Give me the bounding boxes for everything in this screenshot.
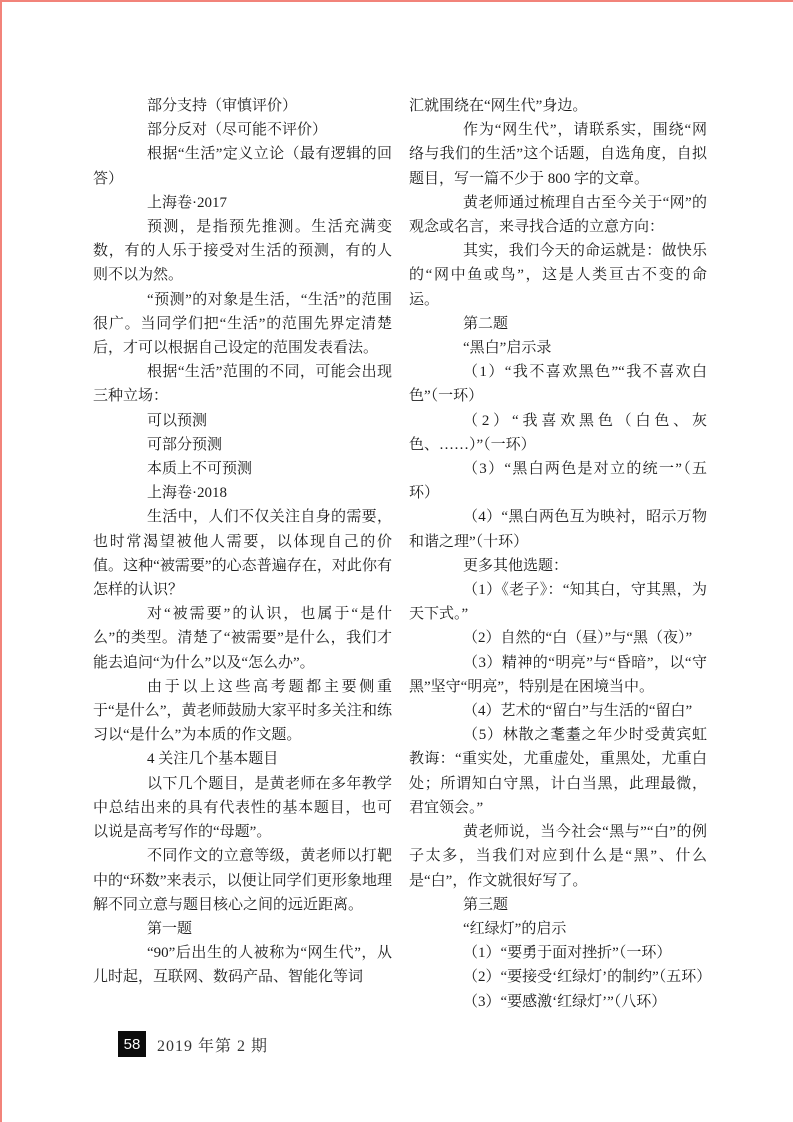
paragraph: （2）“我喜欢黑色（白色、灰色、……）”（一环） <box>409 409 707 457</box>
paragraph: “黑白”启示录 <box>409 336 707 360</box>
paragraph: 汇就围绕在“网生代”身边。 <box>409 94 707 118</box>
page-top-border <box>0 0 793 2</box>
paragraph: （3）精神的“明亮”与“昏暗”，以“守黑”坚守“明亮”，特别是在困境当中。 <box>409 651 707 699</box>
paragraph: “红绿灯”的启示 <box>409 917 707 941</box>
paragraph: （1）“我不喜欢黑色”“我不喜欢白色”（一环） <box>409 360 707 408</box>
paragraph: （2）“要接受‘红绿灯’的制约”（五环） <box>409 965 707 989</box>
paragraph: 预测，是指预先推测。生活充满变数，有的人乐于接受对生活的预测，有的人则不以为然。 <box>93 215 392 288</box>
paragraph: 可以预测 <box>93 409 392 433</box>
paragraph: （5）林散之耄耋之年少时受黄宾虹教诲：“重实处，尤重虚处，重黑处，尤重白处；所谓… <box>409 723 707 820</box>
issue-label: 2019 年第 2 期 <box>157 1033 268 1056</box>
paragraph: 作为“网生代”，请联系实，围绕“网络与我们的生活”这个话题，自选角度，自拟题目，… <box>409 118 707 191</box>
paragraph: “预测”的对象是生活，“生活”的范围很广。当同学们把“生活”的范围先界定清楚后，… <box>93 288 392 361</box>
text-column-right: 汇就围绕在“网生代”身边。作为“网生代”，请联系实，围绕“网络与我们的生活”这个… <box>409 94 707 1014</box>
paragraph: 黄老师通过梳理自古至今关于“网”的观念或名言，来寻找合适的立意方向： <box>409 191 707 239</box>
paragraph: （2）自然的“白（昼）”与“黑（夜）” <box>409 626 707 650</box>
text-column-left: 部分支持（审慎评价）部分反对（尽可能不评价）根据“生活”定义立论（最有逻辑的回答… <box>93 94 392 1014</box>
article-body: 部分支持（审慎评价）部分反对（尽可能不评价）根据“生活”定义立论（最有逻辑的回答… <box>93 94 707 1014</box>
paragraph: 生活中，人们不仅关注自身的需要，也时常渴望被他人需要，以体现自己的价值。这种“被… <box>93 505 392 602</box>
paragraph: 更多其他选题： <box>409 554 707 578</box>
paragraph: 根据“生活”范围的不同，可能会出现三种立场： <box>93 360 392 408</box>
paragraph: （4）艺术的“留白”与生活的“留白” <box>409 699 707 723</box>
paragraph: 第三题 <box>409 893 707 917</box>
paragraph: 根据“生活”定义立论（最有逻辑的回答） <box>93 142 392 190</box>
paragraph: 黄老师说，当今社会“黑与”“白”的例子太多，当我们对应到什么是“黑”、什么是“白… <box>409 820 707 893</box>
paragraph: 对“被需要”的认识，也属于“是什么”的类型。清楚了“被需要”是什么，我们才能去追… <box>93 602 392 675</box>
paragraph: 本质上不可预测 <box>93 457 392 481</box>
magazine-page: 部分支持（审慎评价）部分反对（尽可能不评价）根据“生活”定义立论（最有逻辑的回答… <box>0 0 793 1122</box>
paragraph: 可部分预测 <box>93 433 392 457</box>
paragraph: 由于以上这些高考题都主要侧重于“是什么”，黄老师鼓励大家平时多关注和练习以“是什… <box>93 675 392 748</box>
paragraph: 以下几个题目，是黄老师在多年教学中总结出来的具有代表性的基本题目，也可以说是高考… <box>93 772 392 845</box>
paragraph: 上海卷·2018 <box>93 481 392 505</box>
paragraph: 第二题 <box>409 312 707 336</box>
paragraph: （1）“要勇于面对挫折”（一环） <box>409 941 707 965</box>
paragraph: （3）“要感激‘红绿灯’”（八环） <box>409 990 707 1014</box>
paragraph: “90”后出生的人被称为“网生代”，从儿时起，互联网、数码产品、智能化等词 <box>93 941 392 989</box>
page-number-badge: 58 <box>118 1031 146 1057</box>
paragraph: 部分反对（尽可能不评价） <box>93 118 392 142</box>
paragraph: 上海卷·2017 <box>93 191 392 215</box>
paragraph: 不同作文的立意等级，黄老师以打靶中的“环数”来表示，以便让同学们更形象地理解不同… <box>93 844 392 917</box>
paragraph: 部分支持（审慎评价） <box>93 94 392 118</box>
paragraph: 4 关注几个基本题目 <box>93 747 392 771</box>
page-left-border <box>0 0 2 1122</box>
paragraph: 其实，我们今天的命运就是：做快乐的“网中鱼或鸟”，这是人类亘古不变的命运。 <box>409 239 707 312</box>
paragraph: （4）“黑白两色互为映衬，昭示万物和谐之理”（十环） <box>409 505 707 553</box>
paragraph: （3）“黑白两色是对立的统一”（五环） <box>409 457 707 505</box>
paragraph: （1）《老子》：“知其白，守其黑，为天下式。” <box>409 578 707 626</box>
page-footer: 58 2019 年第 2 期 <box>118 1031 268 1057</box>
paragraph: 第一题 <box>93 917 392 941</box>
